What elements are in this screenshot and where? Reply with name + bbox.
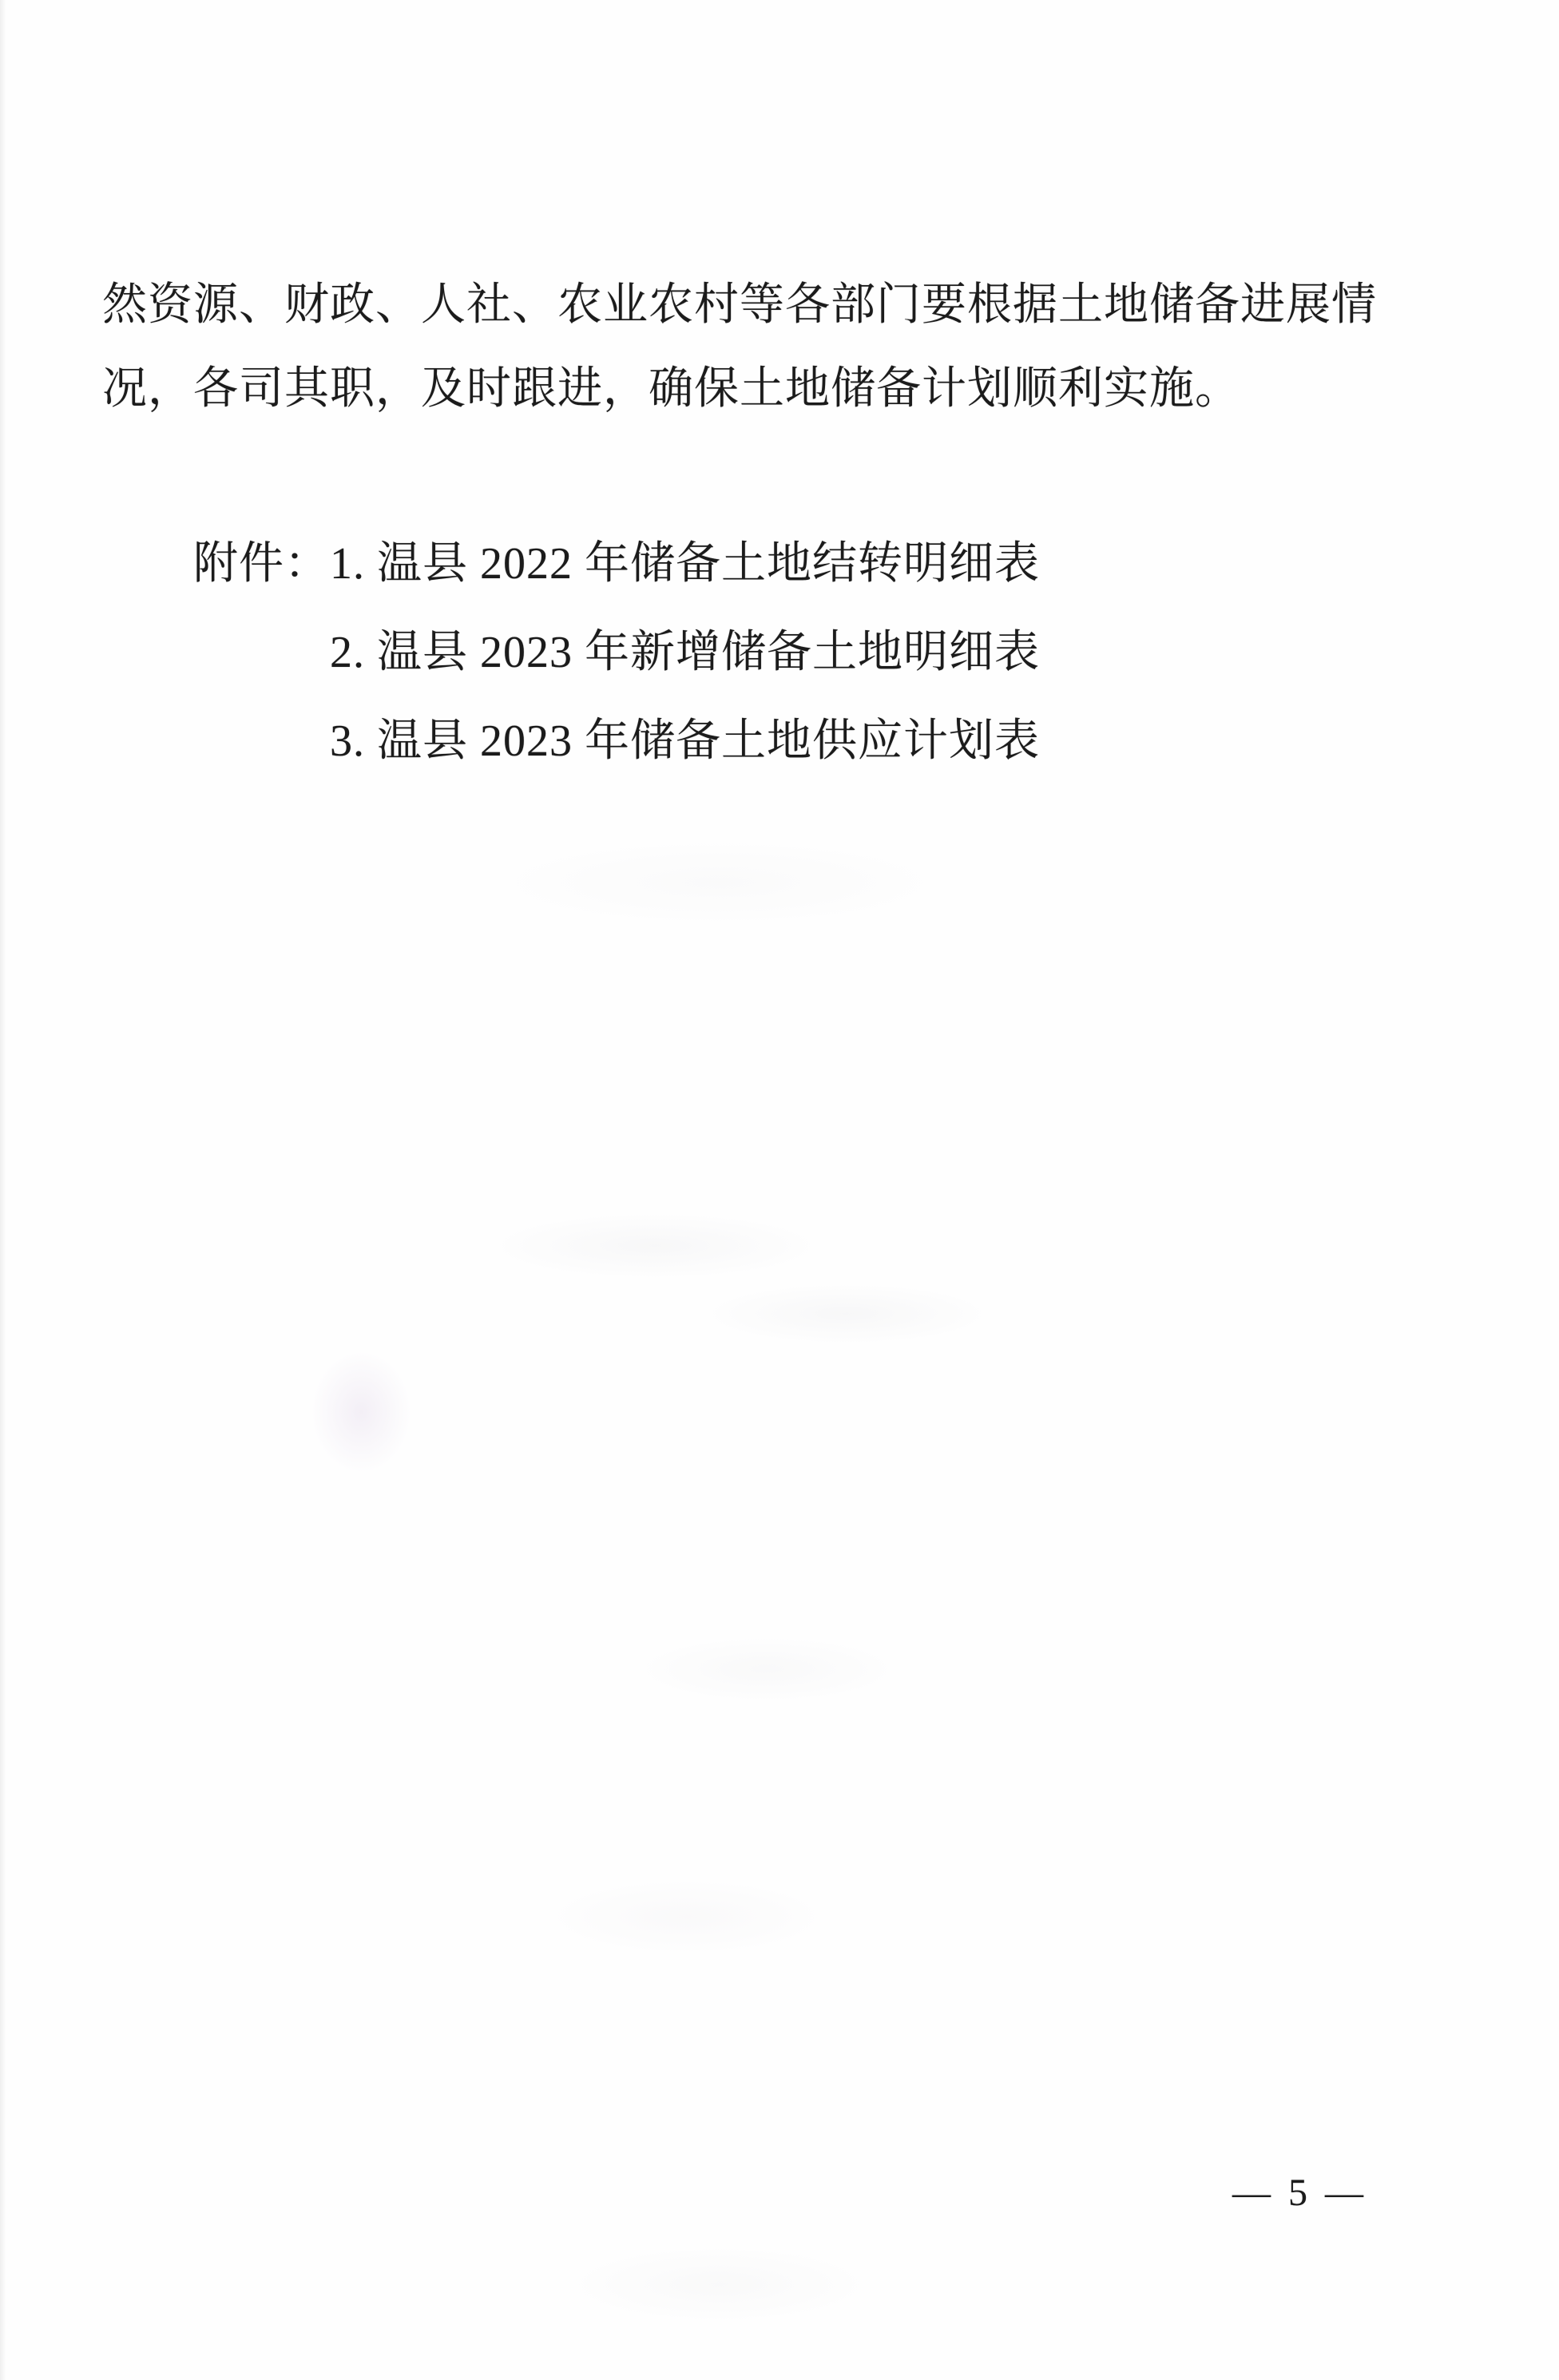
attachment-item-1: 1. 温县 2022 年储备土地结转明细表	[330, 520, 1040, 609]
attachments-list: 1. 温县 2022 年储备土地结转明细表 2. 温县 2023 年新增储备土地…	[330, 520, 1040, 786]
attachments-block: 附件： 1. 温县 2022 年储备土地结转明细表 2. 温县 2023 年新增…	[193, 520, 1040, 786]
attachment-item-2: 2. 温县 2023 年新增储备土地明细表	[330, 609, 1040, 697]
paragraph-line-1: 然资源、财政、人社、农业农村等各部门要根据土地储备进展情	[102, 264, 1377, 347]
body-paragraph: 然资源、财政、人社、农业农村等各部门要根据土地储备进展情 况，各司其职，及时跟进…	[102, 264, 1377, 431]
attachment-item-3: 3. 温县 2023 年储备土地供应计划表	[330, 697, 1040, 786]
page-number: — 5 —	[1232, 2171, 1367, 2215]
attachments-label: 附件：	[193, 520, 330, 609]
paragraph-line-2: 况，各司其职，及时跟进，确保土地储备计划顺利实施。	[102, 347, 1377, 431]
document-page: 然资源、财政、人社、农业农村等各部门要根据土地储备进展情 况，各司其职，及时跟进…	[0, 0, 1559, 2380]
